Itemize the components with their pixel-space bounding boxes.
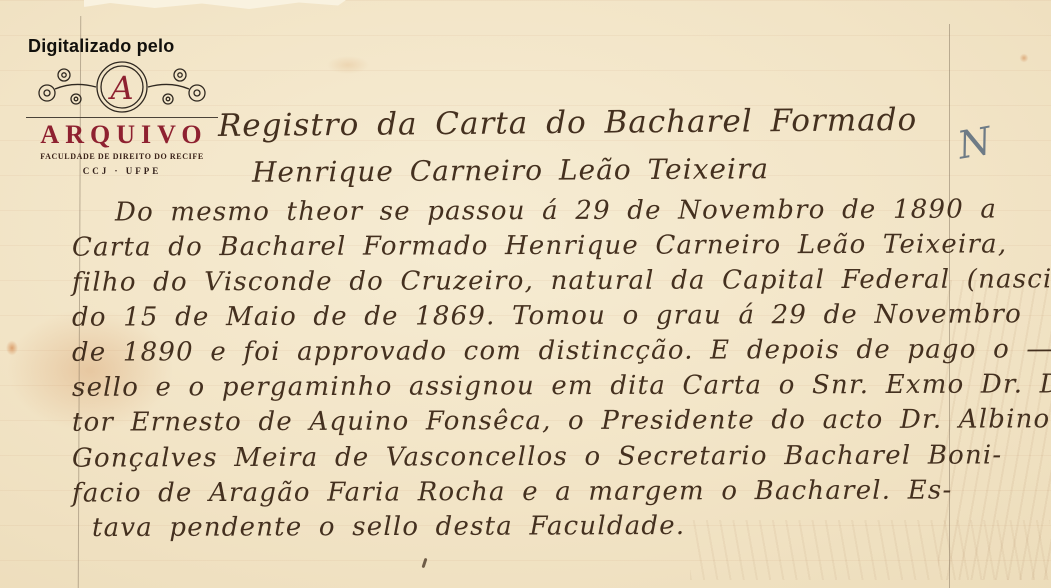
foxing-stain — [1018, 52, 1030, 64]
stray-ink-mark — [422, 558, 428, 568]
archive-name: ARQUIVO — [24, 120, 220, 150]
manuscript-body-line: facio de Aragão Faria Rocha e a margem o… — [72, 477, 953, 506]
manuscript-title-line: Henrique Carneiro Leão Teixeira — [252, 155, 769, 187]
manuscript-body-line: de 1890 e foi approvado com distincção. … — [72, 336, 1051, 365]
ink-bleed-through — [690, 520, 1050, 580]
monogram-letter: A — [107, 69, 133, 107]
manuscript-body-line: Do mesmo theor se passou á 29 de Novembr… — [115, 196, 997, 225]
watermark-digitized-label: Digitalizado pelo — [24, 36, 220, 57]
watermark-divider — [26, 117, 218, 118]
foxing-stain — [4, 338, 20, 358]
margin-annotation: N — [955, 121, 994, 164]
manuscript-body-line: tor Ernesto de Aquino Fonsêca, o Preside… — [72, 406, 1050, 435]
archive-subtitle: FACULDADE DE DIREITO DO RECIFE — [24, 152, 220, 161]
manuscript-title-line: Registro da Carta do Bacharel Formado — [218, 105, 917, 142]
manuscript-body-line: Gonçalves Meira de Vasconcellos o Secret… — [72, 442, 1002, 471]
scanned-document-page: Digitalizado pelo A ARQUIVO FACULDADE DE… — [0, 0, 1051, 588]
monogram-icon: A — [34, 59, 210, 117]
manuscript-body-line: Carta do Bacharel Formado Henrique Carne… — [72, 231, 1007, 260]
manuscript-body-line: sello e o pergaminho assignou em dita Ca… — [72, 371, 1051, 401]
torn-paper-edge — [84, 0, 346, 10]
manuscript-body-line: filho do Visconde do Cruzeiro, natural d… — [72, 266, 1051, 295]
archive-watermark: Digitalizado pelo A ARQUIVO FACULDADE DE… — [24, 36, 220, 176]
manuscript-body-line: do 15 de Maio de de 1869. Tomou o grau á… — [72, 301, 1022, 330]
foxing-stain — [318, 52, 378, 78]
archive-unit: CCJ · UFPE — [24, 166, 220, 176]
manuscript-body-line: tava pendente o sello desta Faculdade. — [92, 513, 685, 541]
